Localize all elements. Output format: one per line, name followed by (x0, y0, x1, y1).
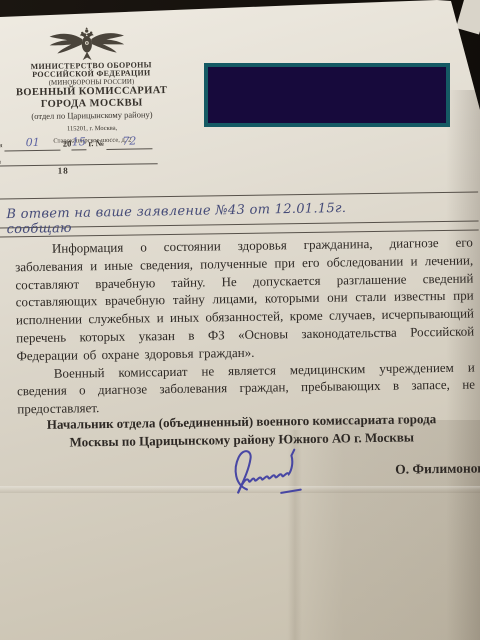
open-quote: « (0, 140, 3, 150)
signature (222, 442, 311, 499)
subject-rule (0, 191, 478, 199)
redaction-box (204, 63, 450, 127)
reference-number: 18 (58, 164, 158, 175)
letter-body: Информация о состоянии здоровья граждани… (15, 234, 476, 419)
handwritten-number: 72 (122, 135, 136, 148)
number-label: г. № (88, 138, 104, 148)
signatory-name: О. Филимонов (395, 460, 480, 477)
body-paragraph-2: Военный комиссариат не является медицинс… (17, 358, 476, 418)
handwritten-year: 15 (72, 135, 86, 148)
century-label: 20 (63, 138, 72, 148)
address-line: 115201, г. Москва, (1, 124, 183, 134)
reference-line: № 18 (0, 151, 158, 176)
number-field: 72 (106, 135, 152, 150)
eagle-emblem-icon (46, 26, 129, 63)
handwritten-day: 01 (26, 136, 40, 149)
letterhead: МИНИСТЕРСТВО ОБОРОНЫ РОССИЙСКОЙ ФЕДЕРАЦИ… (0, 61, 183, 146)
document-photo: МИНИСТЕРСТВО ОБОРОНЫ РОССИЙСКОЙ ФЕДЕРАЦИ… (0, 0, 480, 640)
body-paragraph-1: Информация о состоянии здоровья граждани… (15, 234, 475, 365)
date-line: « 01 2015 г. № 72 (0, 135, 173, 152)
background-paper-sliver (456, 0, 480, 35)
reference-fragment: № (0, 158, 1, 166)
day-field: 01 (5, 137, 61, 152)
department-line: (отдел по Царицынскому району) (1, 109, 183, 123)
year-field: 15 (71, 136, 86, 150)
